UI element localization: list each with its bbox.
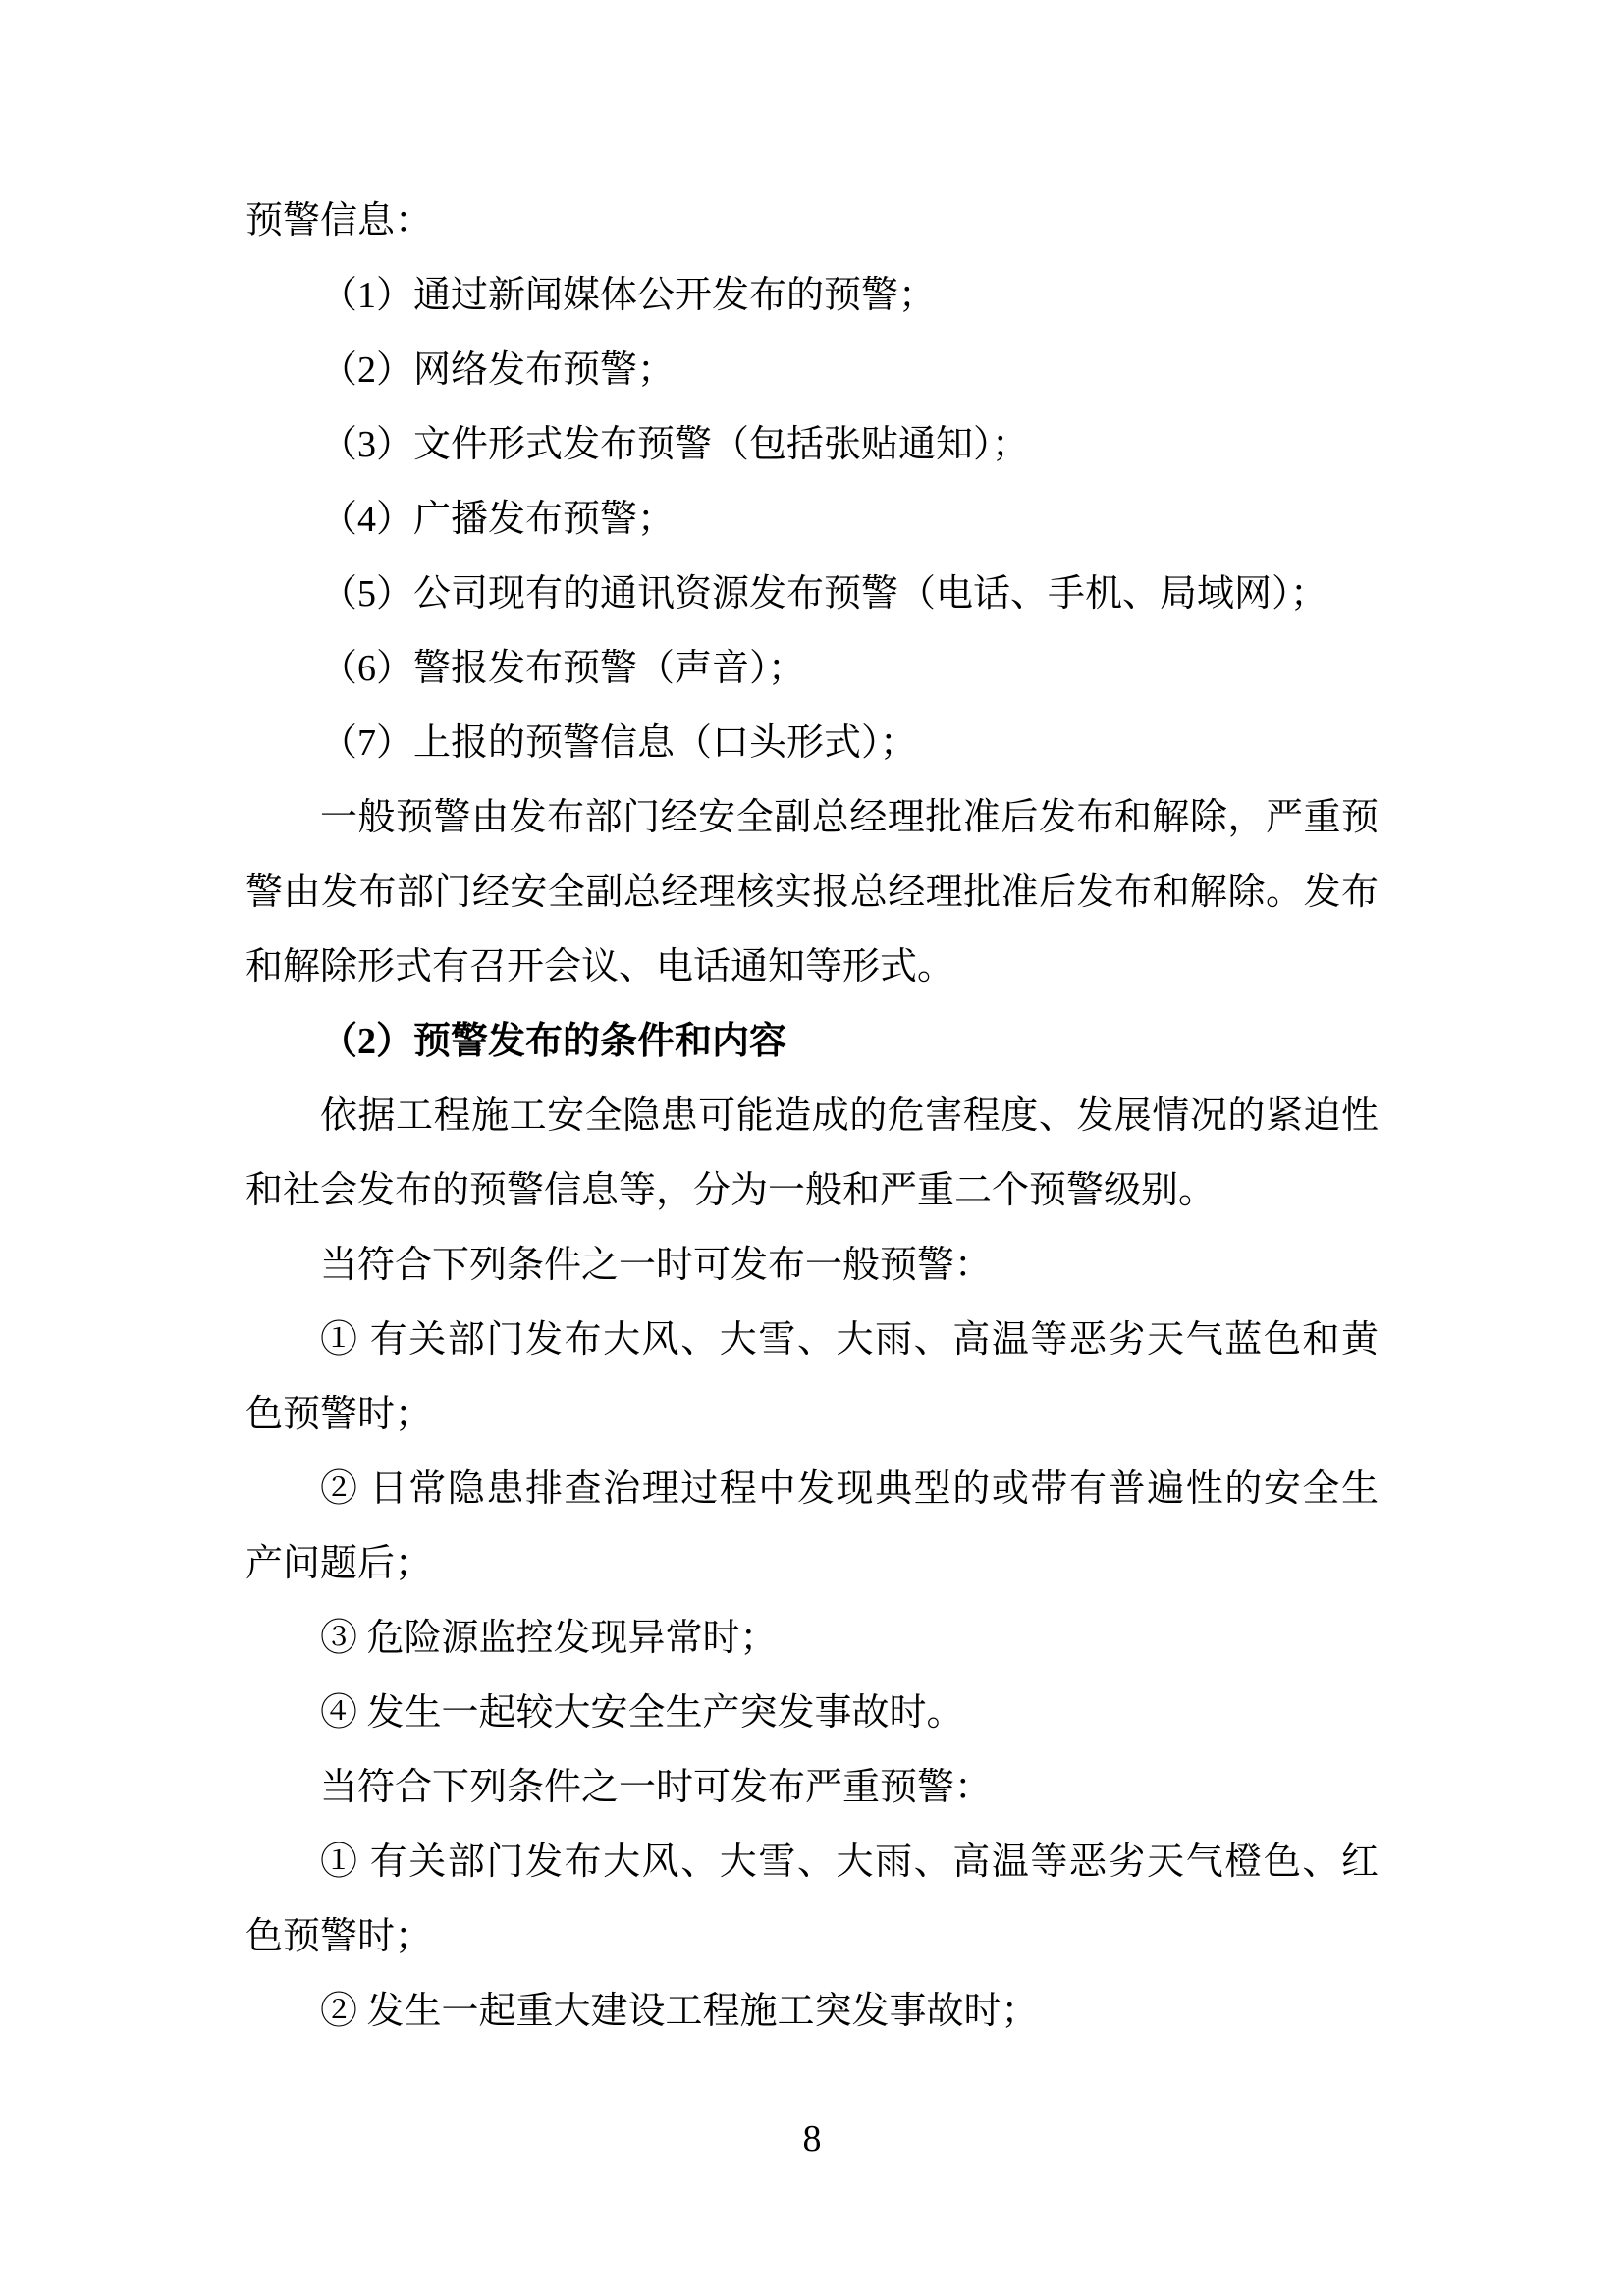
list-item: （3）文件形式发布预警（包括张贴通知）； [245,407,1379,482]
text-line: 色预警时； [245,1377,1379,1452]
list-item: ① 有关部门发布大风、大雪、大雨、高温等恶劣天气蓝色和黄 [245,1303,1379,1377]
list-item: ④ 发生一起较大安全生产突发事故时。 [245,1676,1379,1750]
text-line: 警由发布部门经安全副总经理核实报总经理批准后发布和解除。发布 [245,855,1379,930]
text-line: 当符合下列条件之一时可发布严重预警： [245,1750,1379,1825]
list-item: （7）上报的预警信息（口头形式）； [245,706,1379,780]
list-item: （2）网络发布预警； [245,333,1379,407]
list-item: ② 日常隐患排查治理过程中发现典型的或带有普遍性的安全生 [245,1452,1379,1526]
text-line: 和社会发布的预警信息等，分为一般和严重二个预警级别。 [245,1153,1379,1228]
text-line: 色预警时； [245,1899,1379,1974]
document-page: 预警信息： （1）通过新闻媒体公开发布的预警； （2）网络发布预警； （3）文件… [0,0,1624,2296]
list-item: （1）通过新闻媒体公开发布的预警； [245,258,1379,333]
text-line: 和解除形式有召开会议、电话通知等形式。 [245,930,1379,1004]
text-line: 当符合下列条件之一时可发布一般预警： [245,1228,1379,1303]
list-item: （5）公司现有的通讯资源发布预警（电话、手机、局域网）； [245,557,1379,631]
page-number: 8 [0,2117,1624,2161]
text-line: 依据工程施工安全隐患可能造成的危害程度、发展情况的紧迫性 [245,1079,1379,1153]
list-item: ① 有关部门发布大风、大雪、大雨、高温等恶劣天气橙色、红 [245,1825,1379,1899]
document-content: 预警信息： （1）通过新闻媒体公开发布的预警； （2）网络发布预警； （3）文件… [245,184,1379,2049]
section-heading: （2）预警发布的条件和内容 [245,1004,1379,1079]
text-line: 产问题后； [245,1526,1379,1601]
list-item: ② 发生一起重大建设工程施工突发事故时； [245,1974,1379,2049]
text-line: 预警信息： [245,184,1379,258]
list-item: （6）警报发布预警（声音）； [245,631,1379,706]
list-item: （4）广播发布预警； [245,482,1379,557]
list-item: ③ 危险源监控发现异常时； [245,1601,1379,1676]
text-line: 一般预警由发布部门经安全副总经理批准后发布和解除，严重预 [245,780,1379,855]
